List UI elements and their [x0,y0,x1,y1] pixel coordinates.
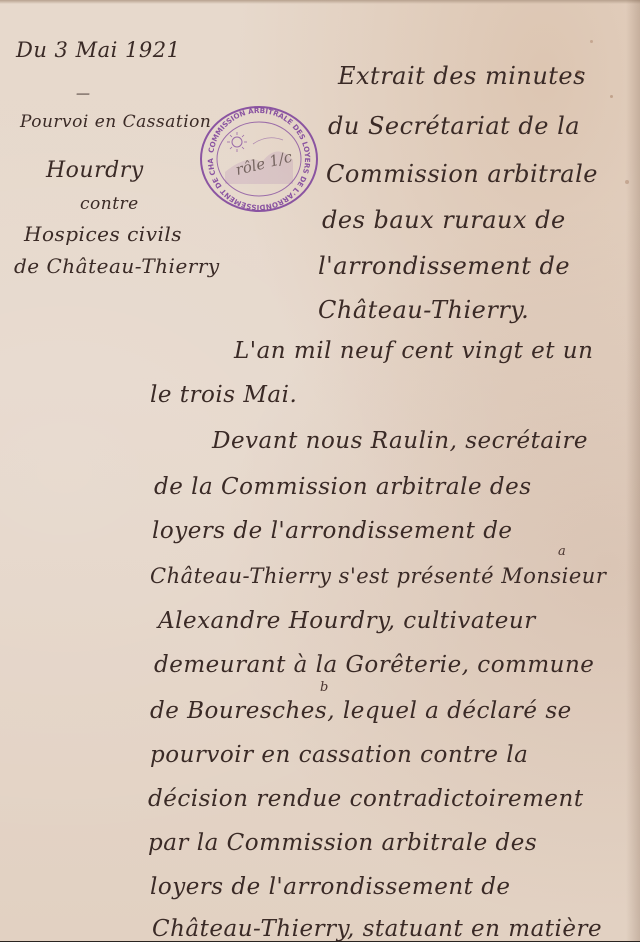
body-line-2: le trois Mai. [150,382,297,408]
body-line-9: de Bouresches, lequel a déclaré se [150,698,572,724]
margin-party-1: Hourdry [46,158,144,183]
insertion-mark-b: b [320,680,329,695]
body-line-6: Château-Thierry s'est présenté Monsieur [150,564,606,588]
body-line-5: loyers de l'arrondissement de [152,518,513,544]
heading-line-3: Commission arbitrale [326,160,598,188]
official-stamp: COMMISSION ARBITRALE DES LOYERS DE L'ARR… [197,104,321,214]
stamp-seal-icon: COMMISSION ARBITRALE DES LOYERS DE L'ARR… [197,104,321,214]
body-line-11: décision rendue contradictoirement [148,786,584,812]
foxing-spot [610,95,613,98]
margin-party-2-line2: de Château-Thierry [14,254,220,278]
body-line-7: Alexandre Hourdry, cultivateur [158,608,536,634]
foxing-spot [625,180,629,184]
document-page: Du 3 Mai 1921 — Pourvoi en Cassation Hou… [0,0,640,941]
margin-dash: — [76,86,91,102]
insertion-mark-a: a [558,544,566,559]
body-line-4: de la Commission arbitrale des [154,474,532,500]
body-line-10: pourvoir en cassation contre la [150,742,528,768]
margin-versus: contre [80,194,139,214]
margin-date: Du 3 Mai 1921 [16,38,180,62]
heading-line-6: Château-Thierry. [318,296,529,324]
margin-subject: Pourvoi en Cassation [20,112,211,132]
body-line-8: demeurant à la Gorêterie, commune [154,652,594,678]
paper-top-edge [0,0,640,4]
heading-line-1: Extrait des minutes [338,62,586,90]
body-line-3: Devant nous Raulin, secrétaire [212,428,588,454]
heading-line-2: du Secrétariat de la [328,112,580,140]
body-line-14: Château-Thierry, statuant en matière [152,916,602,941]
heading-line-4: des baux ruraux de [322,206,566,234]
body-line-13: loyers de l'arrondissement de [150,874,511,900]
heading-line-5: l'arrondissement de [318,252,570,280]
body-line-12: par la Commission arbitrale des [148,830,537,856]
foxing-spot [590,40,593,43]
body-line-1: L'an mil neuf cent vingt et un [234,338,593,364]
margin-party-2-line1: Hospices civils [24,222,182,246]
